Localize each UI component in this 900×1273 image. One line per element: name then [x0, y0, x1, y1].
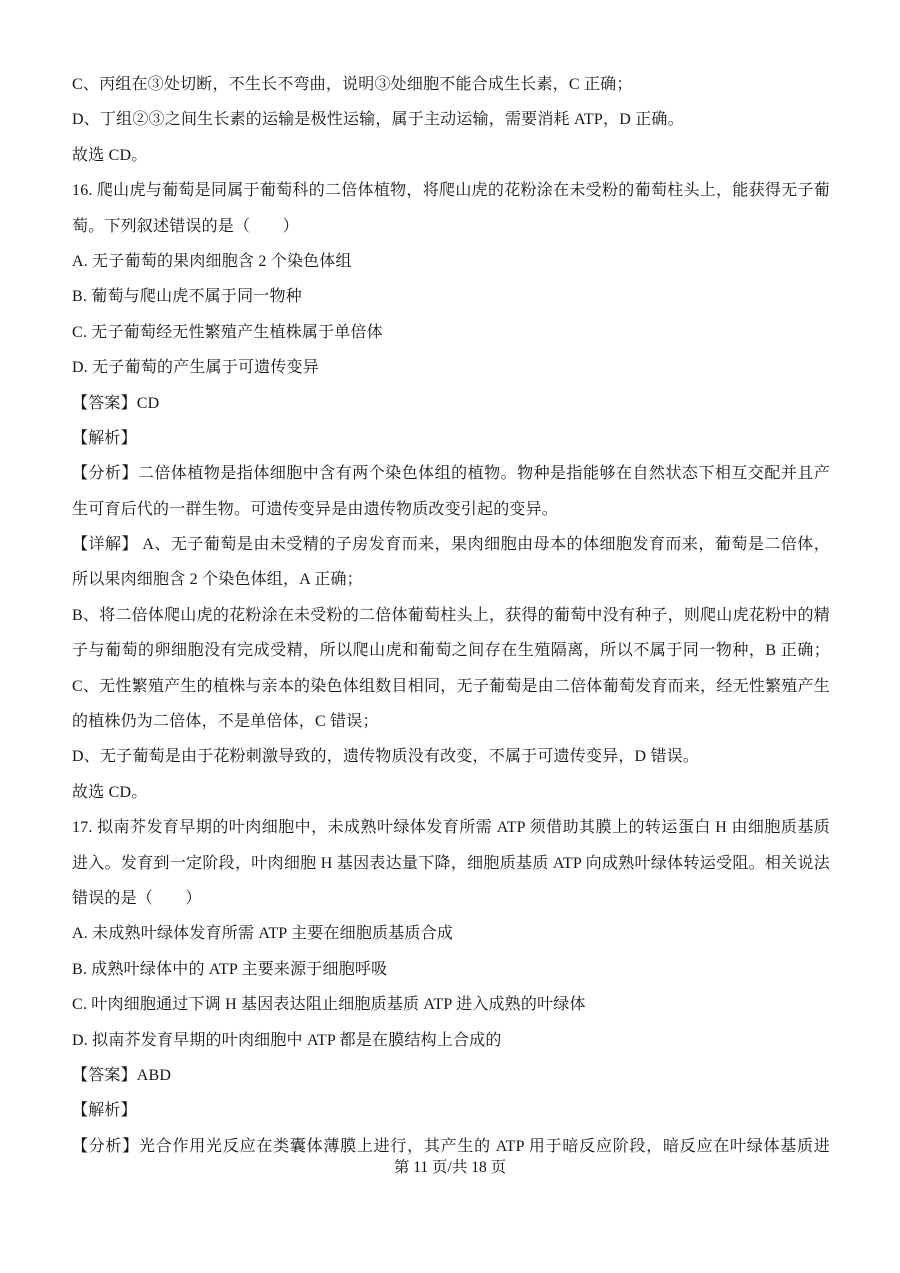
text-line: C. 叶肉细胞通过下调 H 基因表达阻止细胞质基质 ATP 进入成熟的叶绿体: [72, 987, 830, 1022]
text-line: B. 葡萄与爬山虎不属于同一物种: [72, 279, 830, 314]
text-line: 【详解】 A、无子葡萄是由未受精的子房发育而来，果肉细胞由母本的体细胞发育而来，…: [72, 527, 830, 562]
text-line: 萄。下列叙述错误的是（ ）: [72, 209, 830, 244]
text-line: D. 拟南芥发育早期的叶肉细胞中 ATP 都是在膜结构上合成的: [72, 1023, 830, 1058]
text-line: D. 无子葡萄的产生属于可遗传变异: [72, 350, 830, 385]
text-line: 【分析】二倍体植物是指体细胞中含有两个染色体组的植物。物种是指能够在自然状态下相…: [72, 456, 830, 491]
text-line: 所以果肉细胞含 2 个染色体组，A 正确；: [72, 562, 830, 597]
text-line: 进入。发育到一定阶段，叶肉细胞 H 基因表达量下降，细胞质基质 ATP 向成熟叶…: [72, 846, 830, 881]
text-line: 故选 CD。: [72, 138, 830, 173]
text-line: B、将二倍体爬山虎的花粉涂在未受粉的二倍体葡萄柱头上，获得的葡萄中没有种子，则爬…: [72, 598, 830, 633]
text-line: 【答案】ABD: [72, 1058, 830, 1093]
text-line: A. 无子葡萄的果肉细胞含 2 个染色体组: [72, 244, 830, 279]
text-line: 【解析】: [72, 421, 830, 456]
text-line: 错误的是（ ）: [72, 881, 830, 916]
text-line: D、丁组②③之间生长素的运输是极性运输，属于主动运输，需要消耗 ATP，D 正确…: [72, 102, 830, 137]
page-footer: 第 11 页/共 18 页: [0, 1157, 900, 1179]
text-line: 子与葡萄的卵细胞没有完成受精，所以爬山虎和葡萄之间存在生殖隔离，所以不属于同一物…: [72, 633, 830, 668]
text-line: 的植株仍为二倍体，不是单倍体，C 错误；: [72, 704, 830, 739]
text-line: D、无子葡萄是由于花粉刺激导致的，遗传物质没有改变，不属于可遗传变异，D 错误。: [72, 739, 830, 774]
text-line: 17. 拟南芥发育早期的叶肉细胞中，未成熟叶绿体发育所需 ATP 须借助其膜上的…: [72, 810, 830, 845]
text-lines: C、丙组在③处切断，不生长不弯曲，说明③处细胞不能合成生长素，C 正确；D、丁组…: [72, 67, 830, 1164]
text-line: C、丙组在③处切断，不生长不弯曲，说明③处细胞不能合成生长素，C 正确；: [72, 67, 830, 102]
text-line: 故选 CD。: [72, 775, 830, 810]
text-line: 【答案】CD: [72, 386, 830, 421]
document-page: C、丙组在③处切断，不生长不弯曲，说明③处细胞不能合成生长素，C 正确；D、丁组…: [0, 0, 900, 1273]
text-line: C、无性繁殖产生的植株与亲本的染色体组数目相同，无子葡萄是由二倍体葡萄发育而来，…: [72, 669, 830, 704]
text-line: C. 无子葡萄经无性繁殖产生植株属于单倍体: [72, 315, 830, 350]
text-line: B. 成熟叶绿体中的 ATP 主要来源于细胞呼吸: [72, 952, 830, 987]
text-line: A. 未成熟叶绿体发育所需 ATP 主要在细胞质基质合成: [72, 916, 830, 951]
text-line: 【解析】: [72, 1093, 830, 1128]
text-line: 生可育后代的一群生物。可遗传变异是由遗传物质改变引起的变异。: [72, 492, 830, 527]
text-line: 16. 爬山虎与葡萄是同属于葡萄科的二倍体植物，将爬山虎的花粉涂在未受粉的葡萄柱…: [72, 173, 830, 208]
